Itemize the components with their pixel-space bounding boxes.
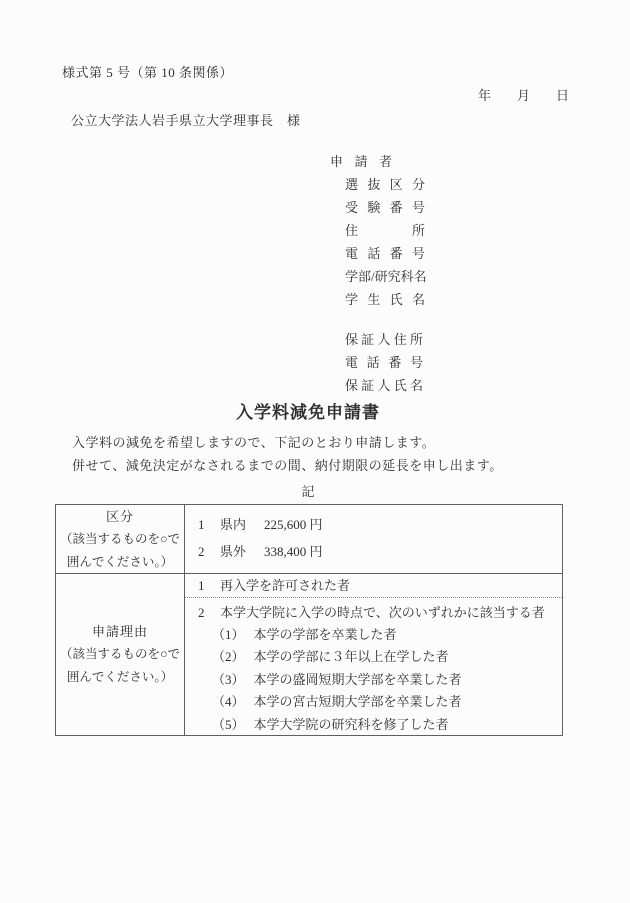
field-gakubu-kenkyuka: 学部/研究科名 (330, 265, 427, 288)
field-label: 学生氏名 (345, 288, 425, 311)
reason-number: 1 (198, 577, 220, 595)
subitem-text: 本学の学部を卒業した者 (254, 624, 397, 646)
category-note-1: （該当するものを○で (60, 528, 180, 551)
option-amount: 225,600 円 (264, 511, 323, 538)
applicant-block: 申請者 選抜区分 受験番号 住所 電話番号 学部/研究科名 学生氏名 (330, 150, 427, 311)
field-juken-bango: 受験番号 (330, 196, 427, 219)
guarantor-block: 保証人住所 電話番号 保証人氏名 (345, 328, 423, 397)
subitem-number: （1） (212, 624, 245, 646)
subitem-text: 本学の学部に３年以上在学した者 (254, 646, 449, 668)
addressee-line: 公立大学法人岩手県立大学理事長 様 (71, 110, 301, 129)
field-label: 保証人住所 (345, 328, 423, 351)
category-note-2: 囲んでください。） (67, 551, 173, 574)
field-label: 電話番号 (345, 242, 425, 265)
category-row: 区分 （該当するものを○で 囲んでください。） 1 県内 225,600 円 2… (56, 505, 562, 574)
field-label: 学部/研究科名 (345, 265, 427, 288)
reason-header-cell: 申請理由 （該当するものを○で 囲んでください。） (56, 574, 185, 735)
intro-line-2: 併せて、減免決定がなされるまでの間、納付期限の延長を申し出ます。 (72, 455, 503, 474)
subitem-text: 本学の盛岡短期大学部を卒業した者 (254, 669, 462, 691)
reason-subitem-2: （2） 本学の学部に３年以上在学した者 (185, 646, 562, 668)
reason-item-2: 2 本学大学院に入学の時点で、次のいずれかに該当する者 (185, 598, 562, 624)
applicant-heading: 申請者 (330, 150, 427, 173)
category-option-kennai: 1 県内 225,600 円 (185, 511, 562, 538)
category-options-cell: 1 県内 225,600 円 2 県外 338,400 円 (185, 505, 562, 573)
category-header: 区分 (106, 505, 134, 528)
reason-header: 申請理由 (92, 620, 148, 643)
date-line: 年 月 日 (478, 85, 569, 104)
option-label: 県外 (220, 538, 264, 565)
application-form-page: 様式第 5 号（第 10 条関係） 年 月 日 公立大学法人岩手県立大学理事長 … (0, 0, 630, 903)
subitem-number: （3） (212, 669, 245, 691)
option-amount: 338,400 円 (264, 538, 323, 565)
field-hoshonin-shimei: 保証人氏名 (345, 374, 423, 397)
reason-subitem-4: （4） 本学の宮古短期大学部を卒業した者 (185, 691, 562, 713)
field-label: 選抜区分 (345, 173, 425, 196)
intro-line-1: 入学料の減免を希望しますので、下記のとおり申請します。 (72, 432, 435, 451)
field-denwa-bango: 電話番号 (330, 242, 427, 265)
field-hoshonin-denwa: 電話番号 (345, 351, 423, 374)
subitem-number: （5） (212, 714, 245, 736)
page-title: 入学料減免申請書 (55, 398, 561, 423)
subitem-number: （2） (212, 646, 245, 668)
field-label: 保証人氏名 (345, 374, 423, 397)
subitem-text: 本学の宮古短期大学部を卒業した者 (254, 691, 462, 713)
field-gakusei-shimei: 学生氏名 (330, 288, 427, 311)
reason-note-2: 囲んでください。） (67, 666, 173, 689)
category-header-cell: 区分 （該当するものを○で 囲んでください。） (56, 505, 185, 573)
form-number: 様式第 5 号（第 10 条関係） (62, 62, 233, 81)
reason-text: 本学大学院に入学の時点で、次のいずれかに該当する者 (220, 602, 545, 624)
field-jusho: 住所 (330, 219, 427, 242)
reason-subitem-5: （5） 本学大学院の研究科を修了した者 (185, 714, 562, 736)
reason-subitem-1: （1） 本学の学部を卒業した者 (185, 624, 562, 646)
reason-text: 再入学を許可された者 (220, 577, 350, 595)
ki-marker: 記 (55, 481, 561, 500)
category-option-kengai: 2 県外 338,400 円 (185, 538, 562, 565)
option-number: 1 (198, 511, 220, 538)
reason-items-cell: 1 再入学を許可された者 2 本学大学院に入学の時点で、次のいずれかに該当する者… (185, 574, 562, 735)
subitem-text: 本学大学院の研究科を修了した者 (254, 714, 449, 736)
option-label: 県内 (220, 511, 264, 538)
field-label: 電話番号 (345, 351, 423, 374)
reason-row: 申請理由 （該当するものを○で 囲んでください。） 1 再入学を許可された者 2… (56, 574, 562, 735)
field-senbatsu-kubun: 選抜区分 (330, 173, 427, 196)
reason-number: 2 (198, 602, 220, 624)
application-table: 区分 （該当するものを○で 囲んでください。） 1 県内 225,600 円 2… (55, 504, 563, 736)
field-hoshonin-jusho: 保証人住所 (345, 328, 423, 351)
subitem-number: （4） (212, 691, 245, 713)
reason-item-1: 1 再入学を許可された者 (185, 574, 562, 598)
reason-subitem-3: （3） 本学の盛岡短期大学部を卒業した者 (185, 669, 562, 691)
reason-note-1: （該当するものを○で (60, 643, 180, 666)
option-number: 2 (198, 538, 220, 565)
field-label: 受験番号 (345, 196, 425, 219)
applicant-heading-label: 申請者 (330, 150, 392, 173)
field-label: 住所 (345, 219, 425, 242)
